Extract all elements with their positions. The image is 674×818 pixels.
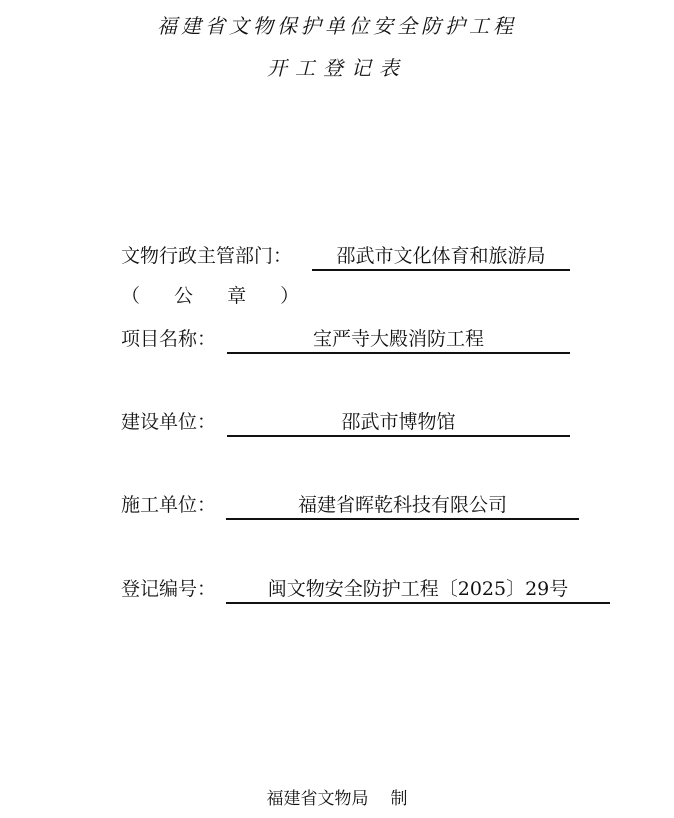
construction-unit-value: 福建省晖乾科技有限公司 — [226, 490, 579, 520]
issuer-name: 福建省文物局 — [267, 789, 369, 809]
construction-unit-label: 施工单位： — [121, 490, 216, 520]
registration-no-row: 登记编号： 闽文物安全防护工程〔2025〕29号 — [121, 574, 621, 604]
document-subtitle: 开工登记表 — [0, 52, 674, 81]
registration-no-value: 闽文物安全防护工程〔2025〕29号 — [226, 574, 610, 604]
builder-unit-label: 建设单位： — [121, 407, 216, 437]
admin-dept-label: 文物行政主管部门： — [121, 241, 292, 271]
issuer-footer: 福建省文物局制 — [0, 784, 674, 809]
registration-no-label: 登记编号： — [121, 574, 216, 604]
document-title: 福建省文物保护单位安全防护工程 — [0, 10, 674, 39]
official-seal-note: （ 公 章 ） — [121, 281, 313, 308]
issuer-suffix: 制 — [391, 789, 408, 809]
project-name-label: 项目名称： — [121, 324, 216, 354]
admin-dept-row: 文物行政主管部门： 邵武市文化体育和旅游局 — [121, 241, 581, 271]
admin-dept-value: 邵武市文化体育和旅游局 — [312, 241, 570, 271]
builder-unit-value: 邵武市博物馆 — [227, 407, 570, 437]
project-name-row: 项目名称： 宝严寺大殿消防工程 — [121, 324, 581, 354]
construction-unit-row: 施工单位： 福建省晖乾科技有限公司 — [121, 490, 591, 520]
project-name-value: 宝严寺大殿消防工程 — [227, 324, 570, 354]
builder-unit-row: 建设单位： 邵武市博物馆 — [121, 407, 581, 437]
